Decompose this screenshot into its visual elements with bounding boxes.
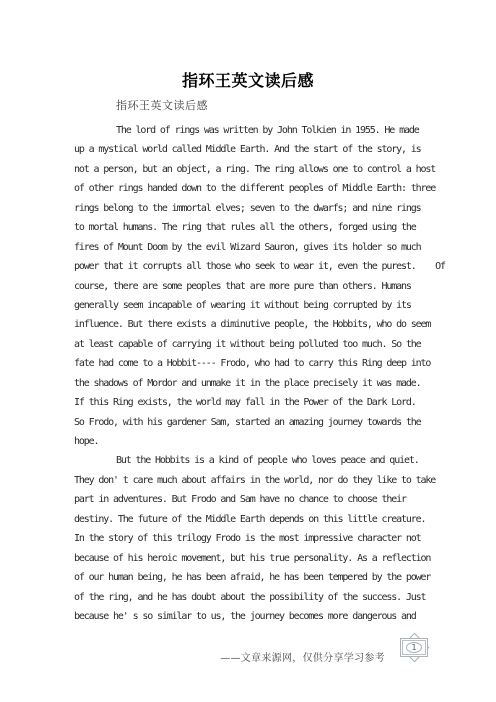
text-line: up a mystical world called Middle Earth.…: [74, 140, 444, 159]
text-line: The lord of rings was written by John To…: [74, 121, 444, 140]
text-line: In the story of this trilogy Frodo is th…: [74, 529, 444, 548]
page-number-badge: 1: [399, 632, 429, 662]
text-line: So Frodo, with his gardener Sam, started…: [74, 413, 444, 432]
text-line: hope.: [74, 432, 444, 451]
text-line: power that it corrupts all those who see…: [74, 257, 444, 276]
text-line: influence. But there exists a diminutive…: [74, 315, 444, 334]
text-line: of the ring, and he has doubt about the …: [74, 588, 444, 607]
page-number: 1: [407, 643, 421, 653]
text-line: course, there are some peoples that are …: [74, 277, 444, 296]
source-note: ——文章来源网，仅供分享学习参考: [0, 649, 385, 664]
text-line: part in adventures. But Frodo and Sam ha…: [74, 490, 444, 509]
text-line: rings belong to the immortal elves; seve…: [74, 199, 444, 218]
text-line: generally seem incapable of wearing it w…: [74, 296, 444, 315]
text-line: destiny. The future of the Middle Earth …: [74, 510, 444, 529]
text-line: the shadows of Mordor and unmake it in t…: [74, 374, 444, 393]
text-line: because of his heroic movement, but his …: [74, 549, 444, 568]
text-line: of other rings handed down to the differ…: [74, 179, 444, 198]
text-line: because he' s so similar to us, the jour…: [74, 607, 444, 626]
text-line: If this Ring exists, the world may fall …: [74, 393, 444, 412]
text-line: not a person, but an object, a ring. The…: [74, 160, 444, 179]
document-page: 指环王英文读后感 指环王英文读后感 The lord of rings was …: [0, 0, 496, 702]
text-line: But the Hobbits is a kind of people who …: [74, 451, 444, 470]
document-title: 指环王英文读后感: [0, 68, 496, 94]
document-subtitle: 指环王英文读后感: [116, 97, 208, 113]
text-line: They don' t care much about affairs in t…: [74, 471, 444, 490]
text-line: fate had come to a Hobbit---- Frodo, who…: [74, 354, 444, 373]
text-line: at least capable of carrying it without …: [74, 335, 444, 354]
text-line: fires of Mount Doom by the evil Wizard S…: [74, 238, 444, 257]
text-line: to mortal humans. The ring that rules al…: [74, 218, 444, 237]
page-number-oval: 1: [406, 642, 422, 653]
text-line: of our human being, he has been afraid, …: [74, 568, 444, 587]
document-body: The lord of rings was written by John To…: [74, 121, 444, 626]
